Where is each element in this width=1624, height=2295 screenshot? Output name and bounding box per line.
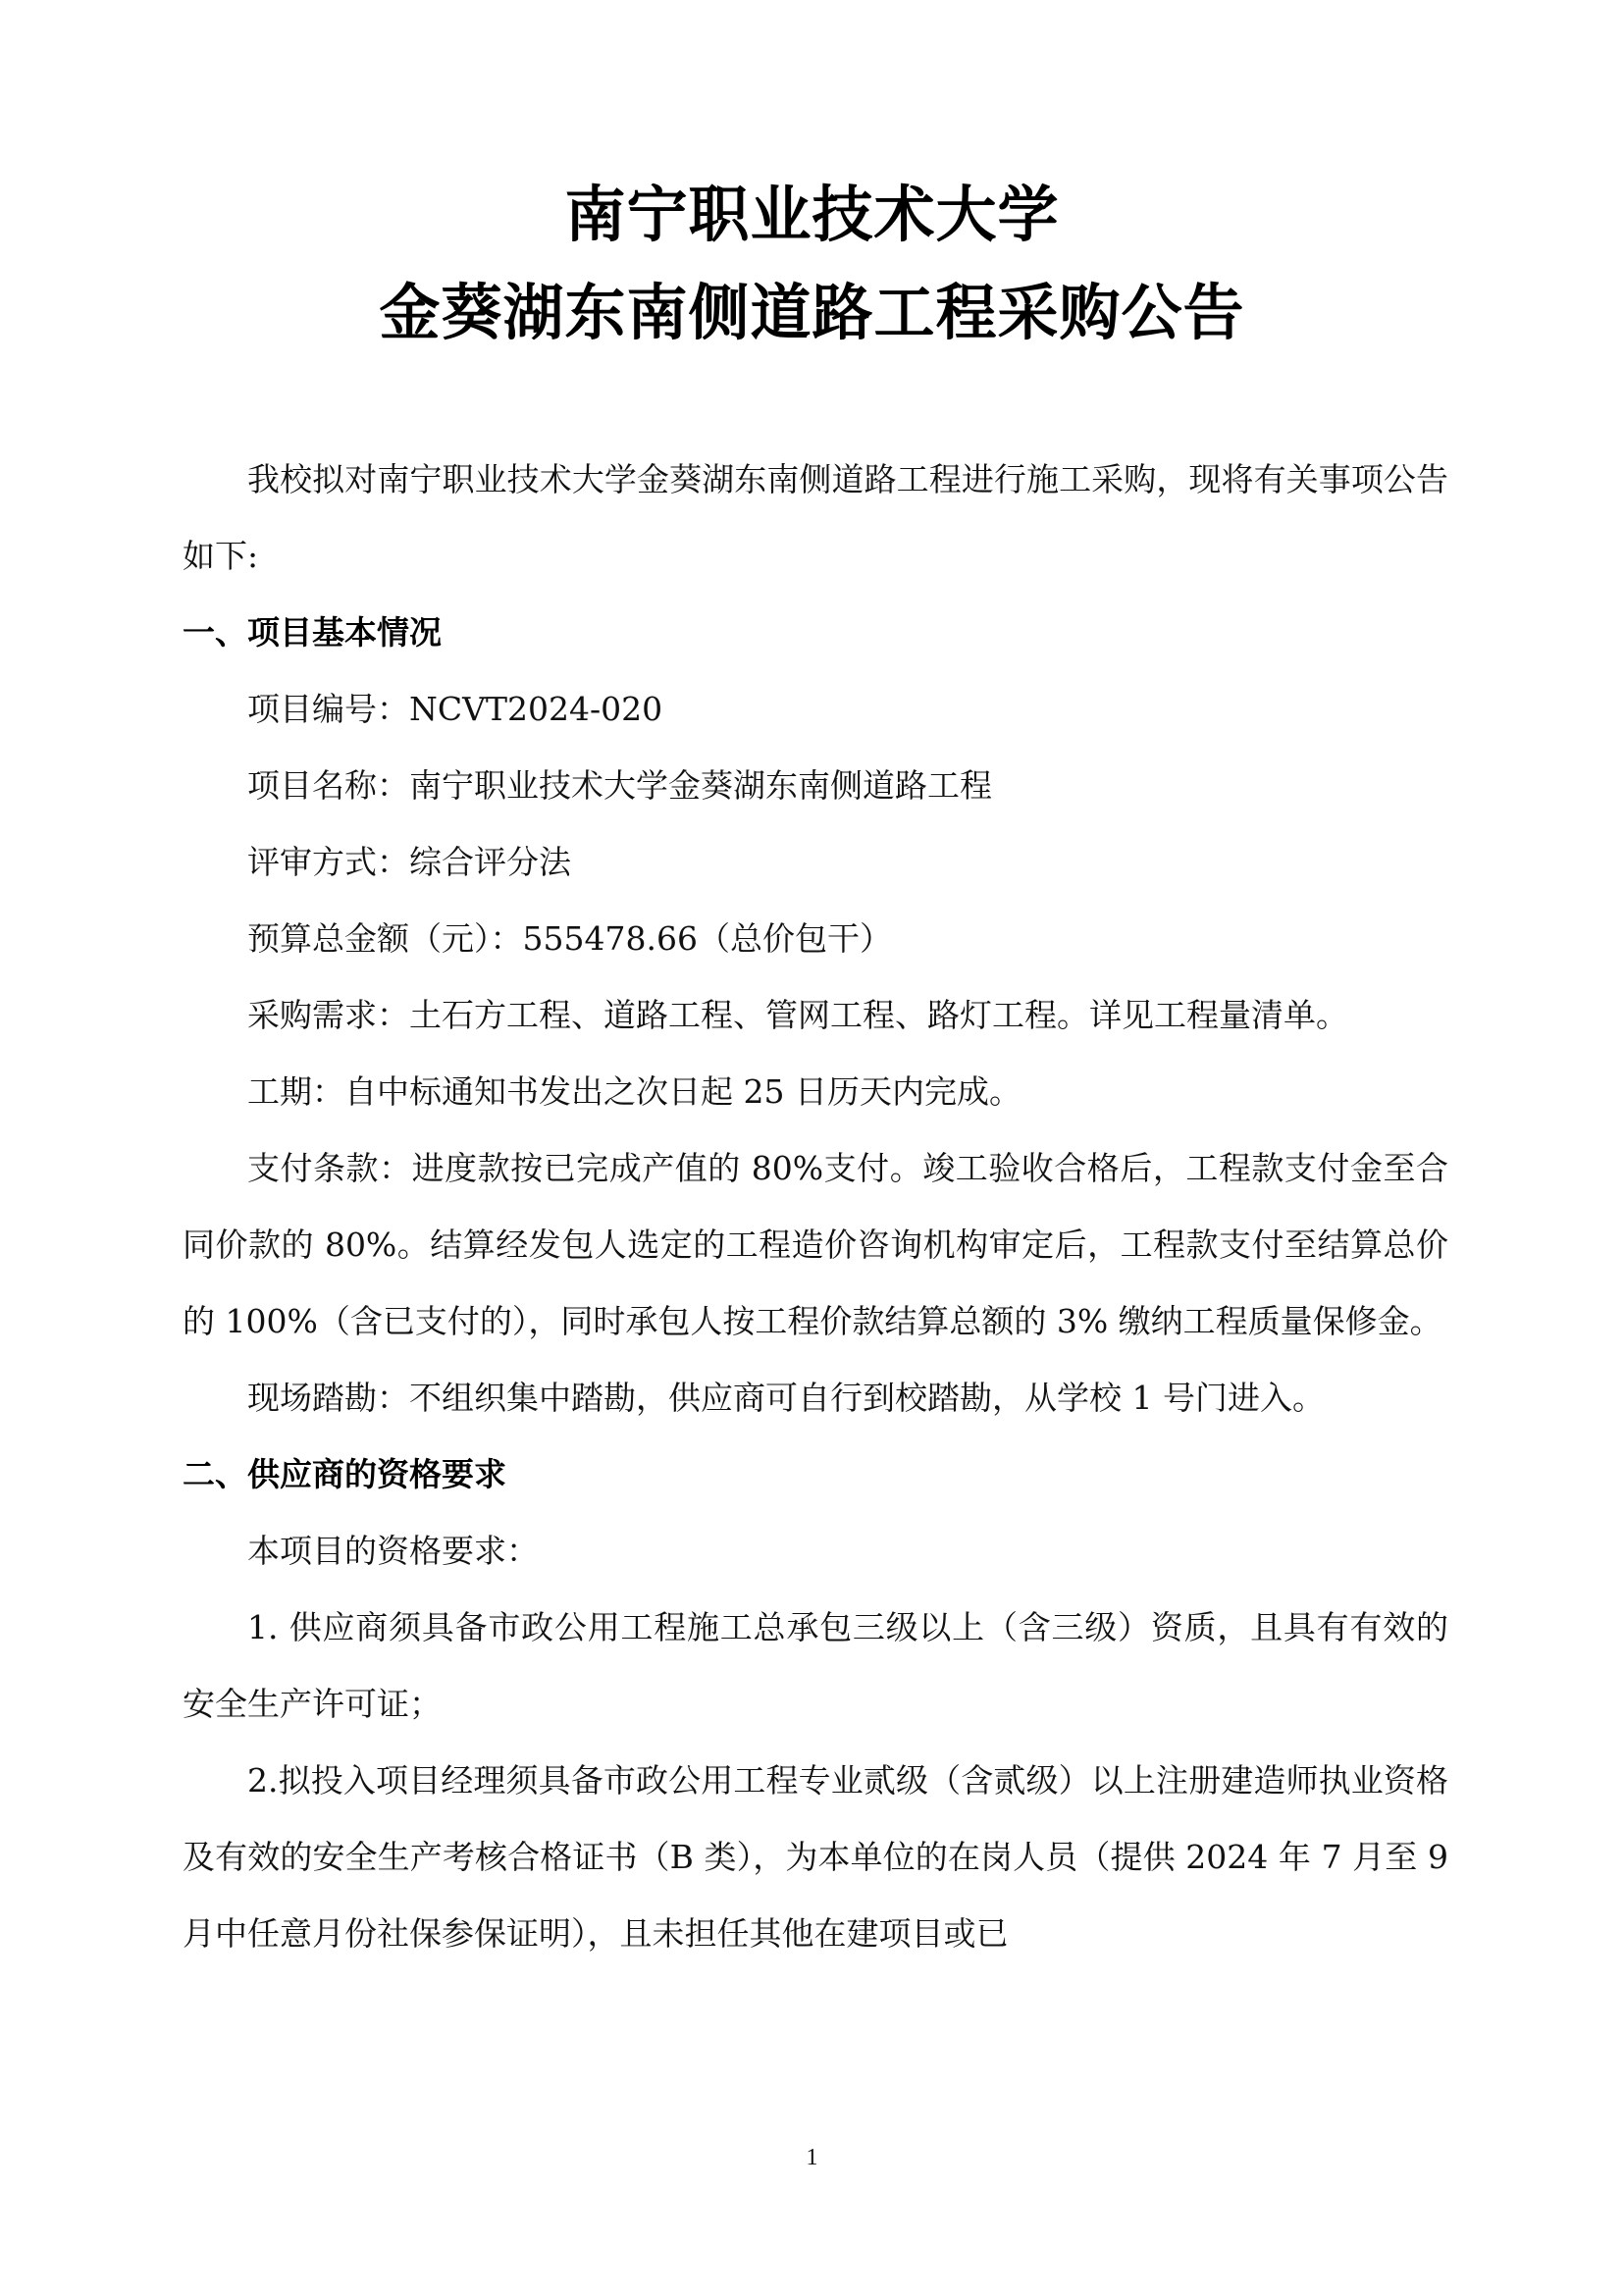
qualification-item-2: 2.拟投入项目经理须具备市政公用工程专业贰级（含贰级）以上注册建造师执业资格及有…: [183, 1743, 1448, 1972]
project-name: 项目名称：南宁职业技术大学金葵湖东南侧道路工程: [183, 748, 1448, 824]
project-number: 项目编号：NCVT2024-020: [183, 671, 1448, 748]
site-visit: 现场踏勘：不组织集中踏勘，供应商可自行到校踏勘，从学校 1 号门进入。: [183, 1360, 1448, 1436]
construction-duration: 工期：自中标通知书发出之次日起 25 日历天内完成。: [183, 1054, 1448, 1130]
section-heading-qualifications: 二、供应商的资格要求: [183, 1436, 1448, 1513]
page-number: 1: [0, 2145, 1624, 2171]
qualification-intro: 本项目的资格要求：: [183, 1513, 1448, 1590]
document-page: 南宁职业技术大学 金葵湖东南侧道路工程采购公告 我校拟对南宁职业技术大学金葵湖东…: [0, 0, 1624, 2295]
payment-terms: 支付条款：进度款按已完成产值的 80%支付。竣工验收合格后，工程款支付金至合同价…: [183, 1130, 1448, 1360]
section-heading-basic-info: 一、项目基本情况: [183, 595, 1448, 671]
qualification-item-1: 1. 供应商须具备市政公用工程施工总承包三级以上（含三级）资质，且具有有效的安全…: [183, 1590, 1448, 1743]
intro-paragraph: 我校拟对南宁职业技术大学金葵湖东南侧道路工程进行施工采购，现将有关事项公告如下:: [183, 442, 1448, 595]
evaluation-method: 评审方式：综合评分法: [183, 824, 1448, 901]
document-title-line1: 南宁职业技术大学: [0, 184, 1624, 245]
document-body: 我校拟对南宁职业技术大学金葵湖东南侧道路工程进行施工采购，现将有关事项公告如下:…: [183, 442, 1448, 1972]
procurement-requirements: 采购需求：土石方工程、道路工程、管网工程、路灯工程。详见工程量清单。: [183, 977, 1448, 1054]
budget-amount: 预算总金额（元）：555478.66（总价包干）: [183, 901, 1448, 977]
document-title-line2: 金葵湖东南侧道路工程采购公告: [0, 283, 1624, 343]
